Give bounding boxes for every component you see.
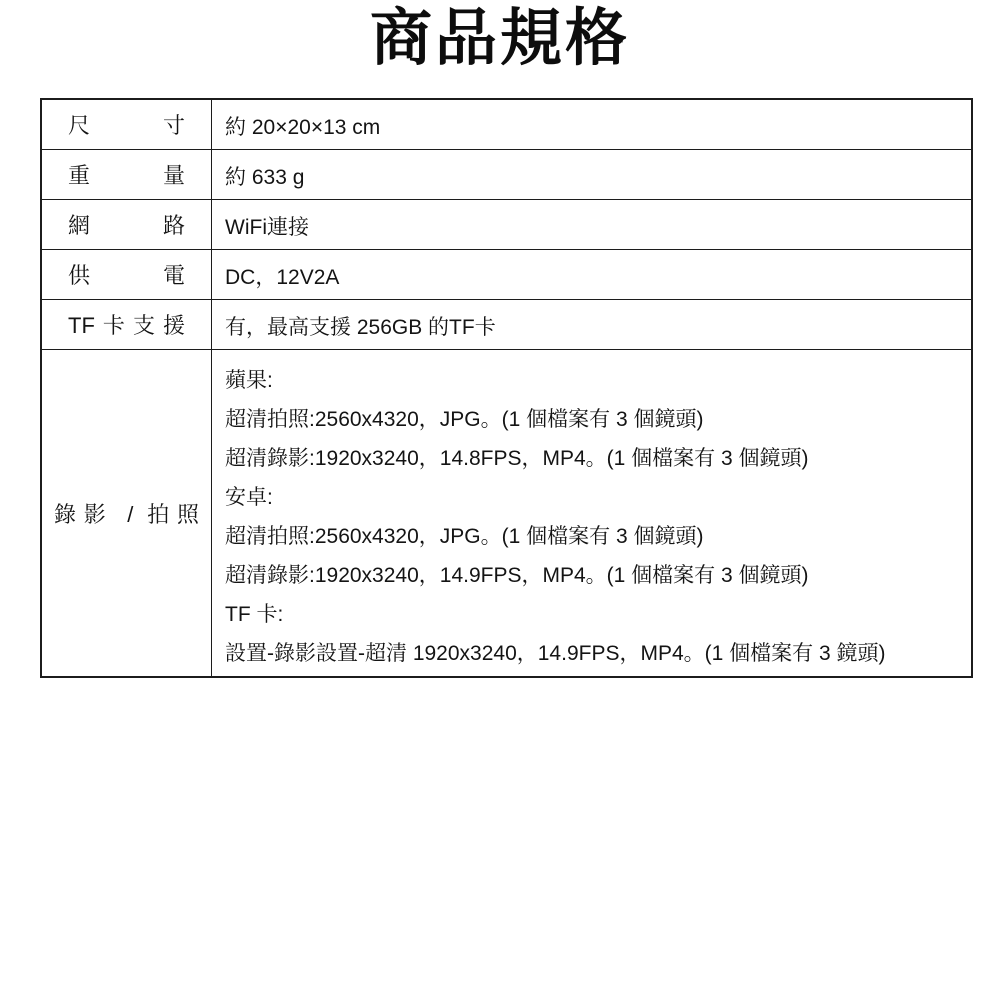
spec-line-android-photo: 超清拍照:2560x4320，JPG。(1 個檔案有 3 個鏡頭) [225,517,958,556]
row-label-weight: 重量 [42,150,212,199]
row-value-dimensions: 約 20×20×13 cm [212,100,971,149]
row-value-weight: 約 633 g [212,150,971,199]
row-label-dimensions: 尺寸 [42,100,212,149]
table-row-power: 供電 DC，12V2A [42,250,971,300]
row-value-power: DC，12V2A [212,250,971,299]
row-value-text: 約 20×20×13 cm [225,111,380,141]
spec-line-tf-header: TF 卡: [225,595,958,634]
spec-line-apple-video: 超清錄影:1920x3240，14.8FPS，MP4。(1 個檔案有 3 個鏡頭… [225,439,958,478]
spec-line-apple-header: 蘋果: [225,361,958,400]
row-value-network: WiFi連接 [212,200,971,249]
row-label-tf-card-support: TF卡支援 [42,300,212,349]
row-label-text: 錄影 / 拍照 [54,498,199,529]
row-label-text: TF卡支援 [68,309,185,340]
row-label-power: 供電 [42,250,212,299]
row-value-text: 約 633 g [225,161,304,191]
row-value-text: 有，最高支援 256GB 的TF卡 [225,311,496,341]
table-row-dimensions: 尺寸 約 20×20×13 cm [42,100,971,150]
spec-line-apple-photo: 超清拍照:2560x4320，JPG。(1 個檔案有 3 個鏡頭) [225,400,958,439]
spec-line-android-header: 安卓: [225,478,958,517]
page: 商品規格 尺寸 約 20×20×13 cm 重量 約 633 g 網路 WiFi… [0,0,1000,1000]
table-row-tf-card-support: TF卡支援 有，最高支援 256GB 的TF卡 [42,300,971,350]
table-row-recording-photo: 錄影 / 拍照 蘋果: 超清拍照:2560x4320，JPG。(1 個檔案有 3… [42,350,971,676]
row-value-recording-photo: 蘋果: 超清拍照:2560x4320，JPG。(1 個檔案有 3 個鏡頭) 超清… [212,350,971,676]
row-value-tf-card-support: 有，最高支援 256GB 的TF卡 [212,300,971,349]
page-title: 商品規格 [0,0,1000,75]
spec-line-tf-settings: 設置-錄影設置-超清 1920x3240，14.9FPS，MP4。(1 個檔案有… [225,634,958,673]
row-value-text: WiFi連接 [225,211,309,241]
row-label-recording-photo: 錄影 / 拍照 [42,350,212,676]
row-label-text: 供電 [68,259,185,290]
table-row-weight: 重量 約 633 g [42,150,971,200]
row-label-network: 網路 [42,200,212,249]
table-row-network: 網路 WiFi連接 [42,200,971,250]
row-label-text: 尺寸 [68,109,185,140]
row-label-text: 重量 [68,159,185,190]
spec-table: 尺寸 約 20×20×13 cm 重量 約 633 g 網路 WiFi連接 [40,98,973,678]
spec-line-android-video: 超清錄影:1920x3240，14.9FPS，MP4。(1 個檔案有 3 個鏡頭… [225,556,958,595]
row-label-text: 網路 [68,209,185,240]
row-value-text: DC，12V2A [225,261,339,291]
